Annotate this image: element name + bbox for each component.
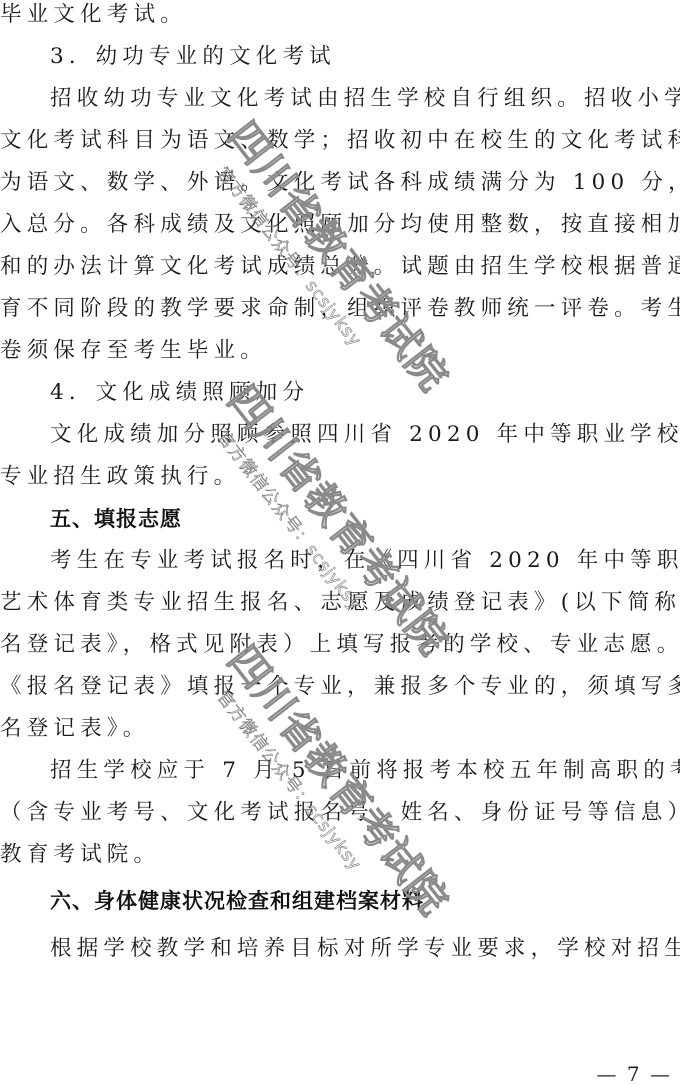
- watermark-text: 四川省教育考试院: [217, 372, 464, 666]
- section-heading-6: 六、身体健康状况检查和组建档案材料: [50, 886, 424, 916]
- text-line: 考生在专业考试报名时，在《四川省 2020 年中等职业学校: [50, 546, 680, 576]
- text-line: 根据学校教学和培养目标对所学专业要求，学校对招生对象: [50, 934, 680, 964]
- text-line: 名登记表》。: [0, 714, 680, 744]
- text-line: 毕业文化考试。: [0, 0, 680, 30]
- document-page: 毕业文化考试。 3．幼功专业的文化考试 招收幼功专业文化考试由招生学校自行组织。…: [0, 0, 680, 1085]
- watermark-subtext: 官方微信公众号：scsjyksy: [212, 424, 369, 615]
- text-line: 育不同阶段的教学要求命制，组织评卷教师统一评卷。考生答: [0, 294, 680, 324]
- text-line: 《报名登记表》填报一个专业，兼报多个专业的，须填写多份《报: [0, 672, 680, 702]
- text-line: 专业招生政策执行。: [0, 462, 680, 492]
- text-line: 艺术体育类专业招生报名、志愿及成绩登记表》(以下简称《报: [0, 588, 680, 618]
- subheading-3: 3．幼功专业的文化考试: [50, 42, 680, 72]
- text-line: 教育考试院。: [0, 840, 680, 870]
- text-line: 为语文、数学、外语。文化考试各科成绩满分为 100 分，均计: [0, 168, 680, 198]
- text-line: 卷须保存至考生毕业。: [0, 336, 680, 366]
- text-line: 招生学校应于 7 月 5 日前将报考本校五年制高职的考生名单: [50, 756, 680, 786]
- text-line: 名登记表》，格式见附表）上填写报考的学校、专业志愿。每份: [0, 630, 680, 660]
- page-number: — 7 —: [597, 1063, 672, 1085]
- section-heading-5: 五、填报志愿: [50, 504, 182, 534]
- text-line: 招收幼功专业文化考试由招生学校自行组织。招收小学生的: [50, 84, 680, 114]
- text-line: 和的办法计算文化考试成绩总分。试题由招生学校根据普通教: [0, 252, 680, 282]
- text-line: 文化考试科目为语文、数学；招收初中在校生的文化考试科目: [0, 126, 680, 156]
- subheading-4: 4．文化成绩照顾加分: [50, 378, 680, 408]
- text-line: 入总分。各科成绩及文化照顾加分均使用整数，按直接相加求: [0, 210, 680, 240]
- text-line: 文化成绩加分照顾参照四川省 2020 年中等职业学校普通类: [50, 420, 680, 450]
- text-line: （含专业考号、文化考试报名号、姓名、身份证号等信息）报省: [0, 798, 680, 828]
